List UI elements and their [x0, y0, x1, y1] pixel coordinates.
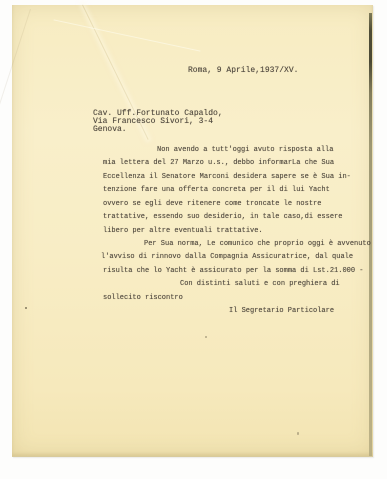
body-line: libero per altre eventuali trattative.: [103, 228, 263, 235]
paper-edge-shadow: [369, 13, 372, 456]
paper-crease: [0, 9, 31, 123]
body-line: ovvero se egli deve ritenere come tronca…: [103, 201, 321, 208]
ink-speck: [205, 336, 207, 338]
body-line: sollecito riscontro: [103, 295, 183, 302]
letter-paper: Roma, 9 Aprile,1937/XV. Cav. Uff.Fortuna…: [12, 5, 373, 457]
scanned-letter: Roma, 9 Aprile,1937/XV. Cav. Uff.Fortuna…: [0, 0, 387, 479]
body-line: Per Sua norma, Le comunico che proprio o…: [144, 241, 371, 248]
ink-speck: [297, 432, 299, 435]
letter-dateline: Roma, 9 Aprile,1937/XV.: [188, 67, 298, 75]
body-line: l'avviso di rinnovo dalla Compagnia Assi…: [101, 254, 353, 261]
signature-line: Il Segretario Particolare: [229, 308, 334, 315]
recipient-city: Genova.: [93, 126, 127, 134]
body-line: trattative, essendo suo desiderio, in ta…: [103, 214, 342, 221]
paper-crease: [54, 19, 201, 51]
body-line: mia lettera del 27 Marzo u.s., debbo inf…: [103, 160, 334, 167]
body-line: tenzione fare una offerta concreta per i…: [103, 187, 330, 194]
body-line: Non avendo a tutt'oggi avuto risposta al…: [157, 147, 333, 154]
body-line: Eccellenza il Senatore Marconi desidera …: [103, 174, 351, 181]
ink-speck: [25, 307, 27, 309]
body-line: risulta che lo Yacht è assicurato per la…: [103, 268, 363, 275]
body-line: Con distinti saluti e con preghiera di: [180, 281, 340, 288]
